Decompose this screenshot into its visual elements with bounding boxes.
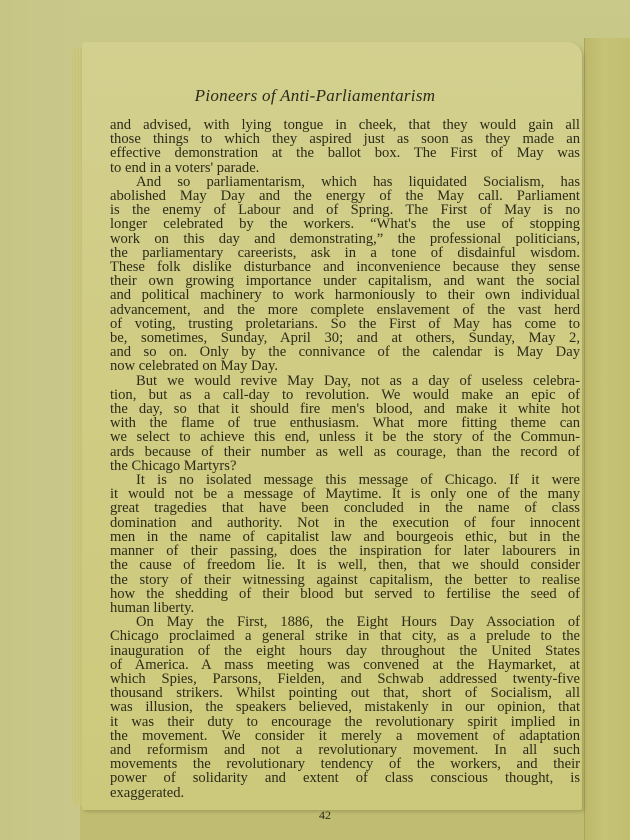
text-line: men in the name of capitalist law and bo… xyxy=(110,530,580,544)
text-line: These folk dislike disturbance and incon… xyxy=(110,260,580,274)
running-head: Pioneers of Anti-Parliamentarism xyxy=(0,86,630,106)
text-line: is the enemy of Labour and of Spring. Th… xyxy=(110,203,580,217)
text-line: those things to which they aspired just … xyxy=(110,132,580,146)
body-text: and advised, with lying tongue in cheek,… xyxy=(110,118,580,800)
text-line: But we would revive May Day, not as a da… xyxy=(110,374,580,388)
text-line: power of solidarity and extent of class … xyxy=(110,771,580,785)
text-line: to end in a voters' parade. xyxy=(110,161,580,175)
text-line: it was their duty to encourage the revol… xyxy=(110,715,580,729)
text-line: the day, so that it should fire men's bl… xyxy=(110,402,580,416)
text-line: and reformism and not a revolutionary mo… xyxy=(110,743,580,757)
text-line: was illusion, the speakers believed, mis… xyxy=(110,700,580,714)
text-line: great tragedies that have been concluded… xyxy=(110,501,580,515)
text-line: with the flame of true enthusiasm. What … xyxy=(110,416,580,430)
text-line: the movement. We consider it merely a mo… xyxy=(110,729,580,743)
text-line: human liberty. xyxy=(110,601,580,615)
facing-page-edge xyxy=(584,38,630,840)
text-line: exaggerated. xyxy=(110,786,580,800)
text-line: abolished May Day and the energy of the … xyxy=(110,189,580,203)
text-line: the cause of freedom lie. It is well, th… xyxy=(110,558,580,572)
text-line: domination and authority. Not in the exe… xyxy=(110,516,580,530)
paragraph: On May the First, 1886, the Eight Hours … xyxy=(110,615,580,800)
text-line: effective demonstration at the ballot bo… xyxy=(110,146,580,160)
paragraph: It is no isolated message this message o… xyxy=(110,473,580,615)
text-line: we select to achieve this end, unless it… xyxy=(110,430,580,444)
text-line: work on this day and demonstrating,” the… xyxy=(110,232,580,246)
text-line: ards because of their number as well as … xyxy=(110,445,580,459)
paragraph: and advised, with lying tongue in cheek,… xyxy=(110,118,580,175)
text-line: advancement, and the more complete ensla… xyxy=(110,303,580,317)
text-line: how the shedding of their blood but serv… xyxy=(110,587,580,601)
paragraph: And so parliamentarism, which has liquid… xyxy=(110,175,580,374)
text-line: it would not be a message of Maytime. It… xyxy=(110,487,580,501)
text-line: the parliamentary careerists, ask in a t… xyxy=(110,246,580,260)
text-line: On May the First, 1886, the Eight Hours … xyxy=(110,615,580,629)
text-line: It is no isolated message this message o… xyxy=(110,473,580,487)
text-line: tion, but as a call-day to revolution. W… xyxy=(110,388,580,402)
text-line: which Spies, Parsons, Fielden, and Schwa… xyxy=(110,672,580,686)
page-number: 42 xyxy=(0,808,630,823)
paragraph: But we would revive May Day, not as a da… xyxy=(110,374,580,473)
text-line: manner of their passing, does the inspir… xyxy=(110,544,580,558)
text-line: longer celebrated by the workers. “What'… xyxy=(110,217,580,231)
text-line: and so on. Only by the connivance of the… xyxy=(110,345,580,359)
text-line: Chicago proclaimed a general strike in t… xyxy=(110,629,580,643)
text-line: thousand strikers. Whilst pointing out t… xyxy=(110,686,580,700)
text-line: their own growing importance under capit… xyxy=(110,274,580,288)
text-line: And so parliamentarism, which has liquid… xyxy=(110,175,580,189)
text-line: the Chicago Martyrs? xyxy=(110,459,580,473)
text-line: and political machinery to work harmonio… xyxy=(110,288,580,302)
text-line: be, sometimes, Sunday, April 30; and at … xyxy=(110,331,580,345)
text-line: of voting, trusting proletarians. So the… xyxy=(110,317,580,331)
text-line: of America. A mass meeting was convened … xyxy=(110,658,580,672)
text-line: movements the revolutionary tendency of … xyxy=(110,757,580,771)
text-line: now celebrated on May Day. xyxy=(110,359,580,373)
text-line: inauguration of the eight hours day thro… xyxy=(110,644,580,658)
text-line: and advised, with lying tongue in cheek,… xyxy=(110,118,580,132)
text-line: the story of their witnessing against ca… xyxy=(110,573,580,587)
background-surface xyxy=(0,0,80,840)
